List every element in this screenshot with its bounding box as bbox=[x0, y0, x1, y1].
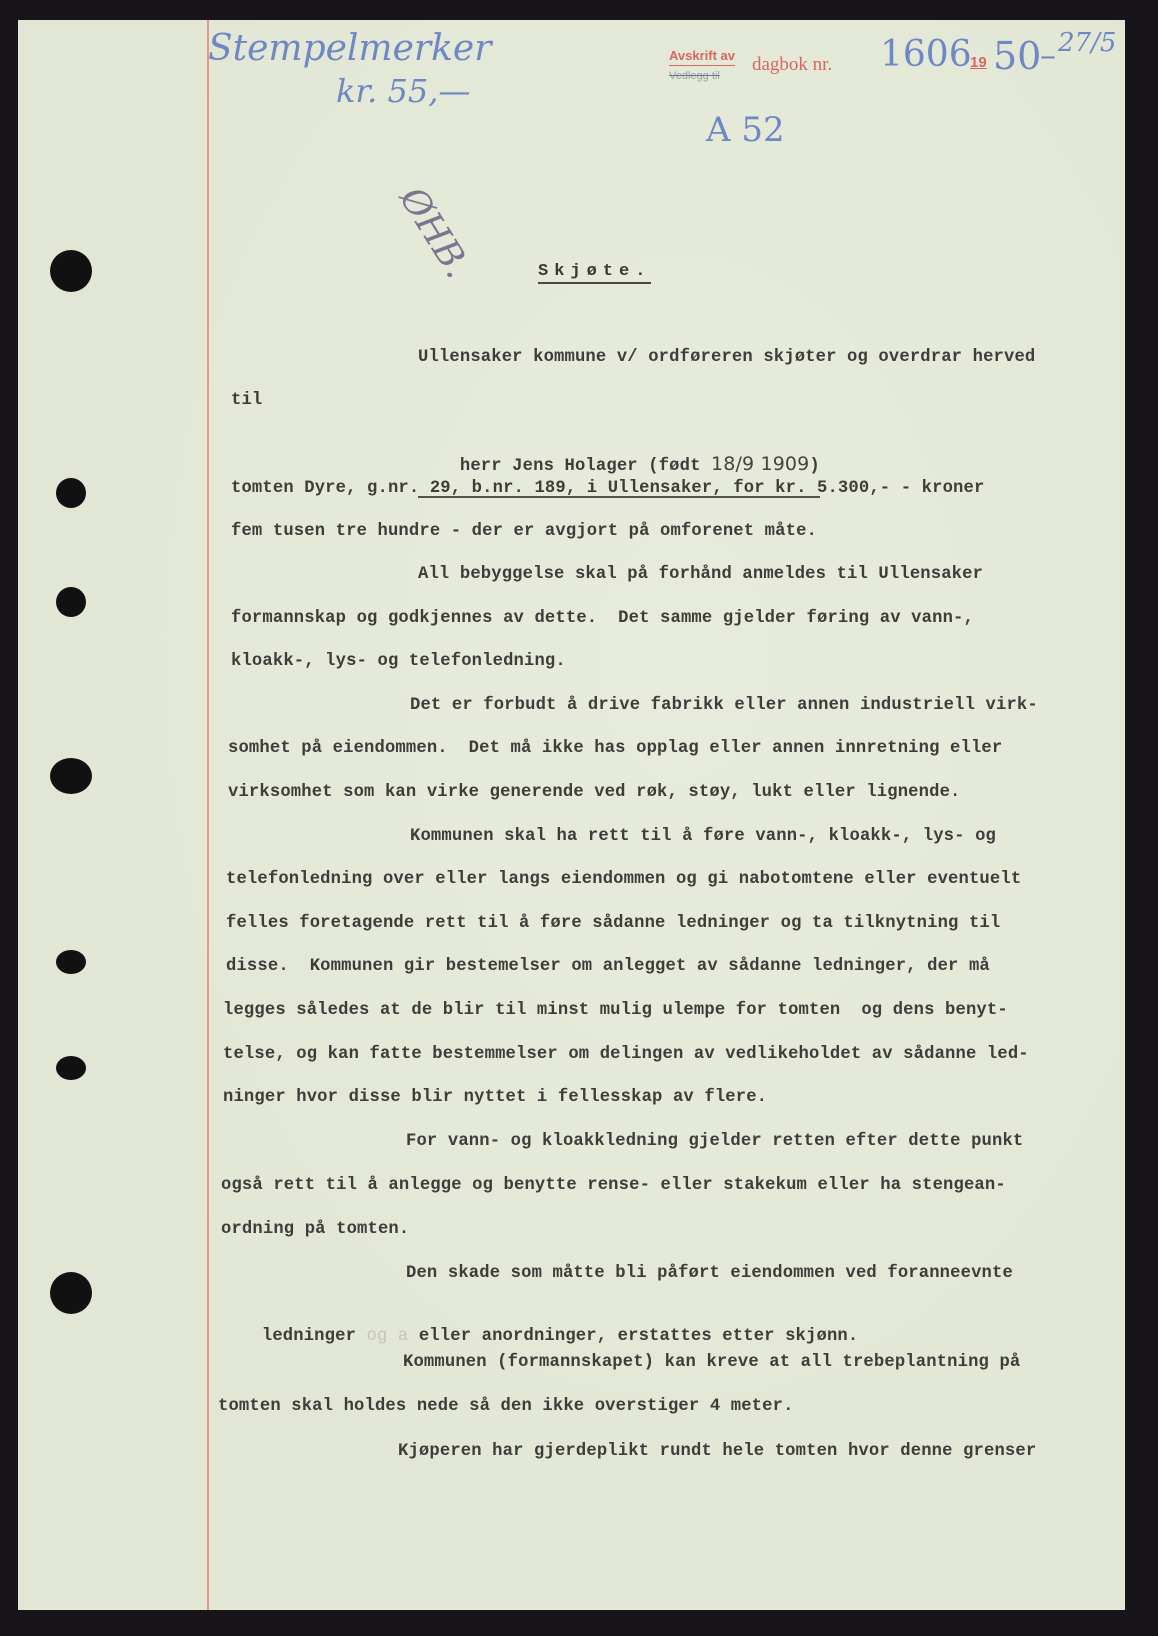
body-line: formannskap og godkjennes av dette. Det … bbox=[231, 609, 974, 628]
stamp-duty-note: Stempelmerker bbox=[208, 28, 491, 69]
body-line: telefonledning over eller langs eiendomm… bbox=[226, 870, 1021, 889]
diary-year: 50 bbox=[993, 34, 1041, 78]
archive-reference: A 52 bbox=[706, 110, 785, 150]
document-title: Skjøte. bbox=[538, 262, 651, 284]
body-line: telse, og kan fatte bestemmelser om deli… bbox=[223, 1045, 1029, 1064]
stamp-duty-amount: kr. 55,— bbox=[336, 72, 470, 110]
punch-hole bbox=[50, 1272, 92, 1314]
body-line: fem tusen tre hundre - der er avgjort på… bbox=[231, 522, 817, 541]
document-page: Stempelmerker kr. 55,— Avskrift av Vedle… bbox=[18, 20, 1125, 1610]
text: ledninger bbox=[262, 1327, 367, 1346]
punch-hole bbox=[56, 950, 86, 974]
body-line: somhet på eiendommen. Det må ikke has op… bbox=[228, 739, 1002, 758]
body-line: til bbox=[231, 391, 262, 410]
punch-hole bbox=[56, 1056, 86, 1080]
stamp-copy-label: Avskrift av bbox=[669, 48, 735, 66]
punch-hole bbox=[56, 478, 86, 508]
body-line: ninger hvor disse blir nyttet i fellessk… bbox=[223, 1088, 767, 1107]
diary-number: 1606 bbox=[880, 34, 972, 75]
body-line: også rett til å anlegge og benytte rense… bbox=[221, 1176, 1006, 1195]
body-line: Det er forbudt å drive fabrikk eller ann… bbox=[410, 696, 1038, 715]
punch-hole bbox=[50, 250, 92, 292]
closing-paren: ) bbox=[809, 457, 819, 476]
buyer-name: herr Jens Holager (født bbox=[460, 457, 711, 476]
body-line: legges således at de blir til minst muli… bbox=[223, 1001, 1008, 1020]
body-line: kloakk-, lys- og telefonledning. bbox=[231, 652, 566, 671]
body-line: disse. Kommunen gir bestemelser om anleg… bbox=[226, 957, 990, 976]
punch-hole bbox=[56, 587, 86, 617]
registration-date: 27/5 bbox=[1058, 28, 1116, 58]
punch-hole bbox=[50, 758, 92, 794]
margin-line bbox=[207, 20, 209, 1610]
body-line: Den skade som måtte bli påført eiendomme… bbox=[406, 1264, 1013, 1283]
stamp-diary-label: dagbok nr. bbox=[752, 54, 832, 76]
body-line: tomten Dyre, g.nr. 29, b.nr. 189, i Ulle… bbox=[231, 479, 984, 498]
birth-date: 18/9 1909 bbox=[711, 453, 809, 475]
date-dash: – bbox=[1040, 36, 1056, 74]
body-line: virksomhet som kan virke generende ved r… bbox=[228, 783, 961, 802]
body-line: Kjøperen har gjerdeplikt rundt hele tomt… bbox=[398, 1442, 1036, 1461]
body-line: ordning på tomten. bbox=[221, 1220, 409, 1239]
stamp-attachment-label: Vedlegg til bbox=[669, 70, 720, 82]
body-line: All bebyggelse skal på forhånd anmeldes … bbox=[418, 565, 983, 584]
text: eller anordninger, erstattes etter skjøn… bbox=[408, 1327, 858, 1346]
initials: ØHB. bbox=[391, 180, 478, 286]
body-line: felles foretagende rett til å føre sådan… bbox=[226, 914, 1000, 933]
body-line: For vann- og kloakkledning gjelder rette… bbox=[406, 1132, 1023, 1151]
body-line: tomten skal holdes nede så den ikke over… bbox=[218, 1397, 794, 1416]
body-line: Kommunen (formannskapet) kan kreve at al… bbox=[403, 1353, 1020, 1372]
erased-text: og a bbox=[367, 1327, 409, 1346]
stamp-year-prefix: 19 bbox=[970, 54, 987, 71]
body-line: Ullensaker kommune v/ ordføreren skjøter… bbox=[418, 348, 1035, 367]
body-line: Kommunen skal ha rett til å føre vann-, … bbox=[410, 827, 996, 846]
